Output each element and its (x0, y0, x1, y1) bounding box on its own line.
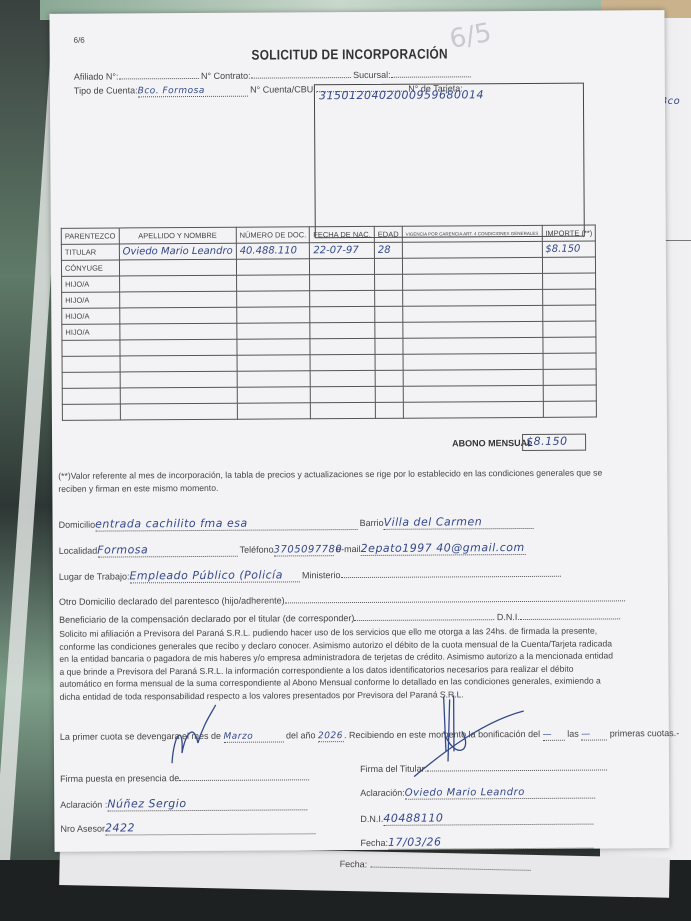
cell-parentezco: HIJO/A (62, 308, 120, 324)
asesor-signature (164, 703, 224, 773)
abono-mensual-value[interactable]: $8.150 (522, 434, 586, 451)
cell-doc[interactable] (237, 323, 311, 339)
cell-doc[interactable] (237, 307, 311, 323)
cell-edad[interactable] (375, 274, 403, 290)
cell-nombre[interactable] (120, 323, 237, 340)
cell-importe[interactable] (542, 321, 596, 337)
cell-fecha_nac[interactable] (311, 386, 376, 402)
cell-parentezco: TITULAR (61, 244, 119, 260)
cell-edad[interactable] (375, 370, 403, 386)
cell-parentezco (62, 356, 120, 372)
cell-vigencia[interactable] (402, 241, 542, 258)
cell-nombre[interactable]: Oviedo Mario Leandro (119, 243, 236, 260)
cell-parentezco: HIJO/A (62, 276, 120, 292)
cell-importe[interactable] (542, 257, 596, 273)
cell-fecha_nac[interactable] (311, 370, 376, 386)
beneficiario-field[interactable]: Beneficiario de la compensación declarad… (59, 611, 620, 624)
cell-fecha_nac[interactable] (310, 290, 375, 306)
fecha-field[interactable]: Fecha:17/03/26 (360, 835, 593, 850)
footnote: (**)Valor referente al mes de incorporac… (58, 466, 613, 495)
cell-doc[interactable] (236, 291, 310, 307)
cell-doc[interactable] (237, 403, 311, 419)
cell-fecha_nac[interactable] (310, 354, 375, 370)
form-title: SOLICITUD DE INCORPORACIÓN (95, 44, 605, 63)
cell-fecha_nac[interactable]: 22-07-97 (310, 242, 375, 258)
cell-parentezco (62, 404, 120, 420)
cell-nombre[interactable] (120, 339, 237, 356)
cell-nombre[interactable] (119, 291, 236, 308)
tarjeta-box[interactable]: 3150120402000959680014 (314, 83, 585, 239)
cell-edad[interactable] (375, 338, 403, 354)
cell-parentezco (62, 372, 120, 388)
cell-edad[interactable] (375, 354, 403, 370)
nro-asesor-field[interactable]: Nro Asesor2422 (60, 820, 315, 836)
cell-fecha_nac[interactable] (310, 274, 375, 290)
tarjeta-value: 3150120402000959680014 (319, 88, 484, 102)
cell-vigencia[interactable] (402, 257, 542, 274)
cell-edad[interactable] (375, 322, 403, 338)
cell-edad[interactable] (375, 290, 403, 306)
table-row (62, 401, 597, 420)
aclaracion-titular-field[interactable]: Aclaración:Oviedo Mario Leandro (360, 787, 595, 800)
cell-doc[interactable] (237, 339, 311, 355)
cell-importe[interactable] (543, 369, 597, 385)
cell-nombre[interactable] (120, 403, 237, 420)
cell-nombre[interactable] (120, 355, 237, 372)
cell-doc[interactable] (237, 371, 311, 387)
cell-edad[interactable] (375, 306, 403, 322)
cell-parentezco (62, 388, 120, 404)
cell-vigencia[interactable] (402, 289, 542, 306)
cell-nombre[interactable] (119, 259, 236, 276)
domicilio-field[interactable]: Domicilioentrada cachilito fma esa Barri… (59, 515, 534, 532)
cell-fecha_nac[interactable] (310, 258, 375, 274)
afiliado-field[interactable]: Afiliado N°: N° Contrato: Sucursal: (74, 69, 471, 81)
cell-doc[interactable] (236, 259, 310, 275)
otro-domicilio-field[interactable]: Otro Domicilio declarado del parentesco … (59, 593, 625, 606)
cuota-line: La primer cuota se devengara el mes de M… (60, 728, 679, 744)
cell-edad[interactable] (374, 258, 402, 274)
cell-vigencia[interactable] (403, 369, 543, 386)
cell-nombre[interactable] (119, 275, 236, 292)
cell-doc[interactable]: 40.488.110 (236, 243, 310, 259)
localidad-field[interactable]: LocalidadFormosa Teléfono3705097780 e-ma… (59, 541, 526, 558)
cell-edad[interactable] (375, 402, 403, 418)
page-number: 6/6 (74, 36, 85, 45)
abono-mensual-label: ABONO MENSUAL (452, 438, 533, 448)
cell-parentezco: HIJO/A (62, 292, 120, 308)
cell-nombre[interactable] (120, 371, 237, 388)
lugar-trabajo-field[interactable]: Lugar de Trabajo:Empleado Público (Polic… (59, 567, 561, 584)
cell-vigencia[interactable] (403, 385, 543, 402)
cell-importe[interactable] (542, 273, 596, 289)
cell-vigencia[interactable] (402, 273, 542, 290)
cell-importe[interactable] (542, 305, 596, 321)
cell-fecha_nac[interactable] (310, 322, 375, 338)
cell-vigencia[interactable] (403, 353, 543, 370)
cell-parentezco: HIJO/A (62, 324, 120, 340)
presencia-field[interactable]: Firma puesta en presencia de (60, 772, 309, 784)
cell-vigencia[interactable] (403, 401, 543, 418)
cell-importe[interactable] (543, 401, 597, 417)
cell-parentezco: CÓNYUGE (61, 260, 119, 276)
cell-vigencia[interactable] (403, 305, 543, 322)
cell-edad[interactable]: 28 (374, 242, 402, 258)
cell-importe[interactable]: $8.150 (542, 241, 596, 257)
cell-nombre[interactable] (120, 387, 237, 404)
cell-doc[interactable] (237, 387, 311, 403)
form-sheet: 6/5 6/6 SOLICITUD DE INCORPORACIÓN Afili… (49, 10, 669, 852)
cell-importe[interactable] (542, 337, 596, 353)
aclaracion-asesor-field[interactable]: Aclaración :Núñez Sergio (60, 796, 307, 812)
cell-nombre[interactable] (119, 307, 236, 324)
cell-edad[interactable] (375, 386, 403, 402)
members-table: PARENTEZCO APELLIDO Y NOMBRE NÚMERO DE D… (61, 225, 598, 421)
cell-vigencia[interactable] (403, 321, 543, 338)
firma-titular-field[interactable]: Firma del Titular: (360, 762, 607, 774)
cell-importe[interactable] (543, 385, 597, 401)
cell-doc[interactable] (237, 355, 311, 371)
dni-titular-field[interactable]: D.N.I.40488110 (360, 811, 593, 826)
cell-fecha_nac[interactable] (310, 338, 375, 354)
cell-doc[interactable] (236, 275, 310, 291)
cell-parentezco (62, 340, 120, 356)
cell-importe[interactable] (543, 353, 597, 369)
cell-fecha_nac[interactable] (311, 402, 376, 418)
cell-vigencia[interactable] (403, 337, 543, 354)
cell-fecha_nac[interactable] (310, 306, 375, 322)
cell-importe[interactable] (542, 289, 596, 305)
